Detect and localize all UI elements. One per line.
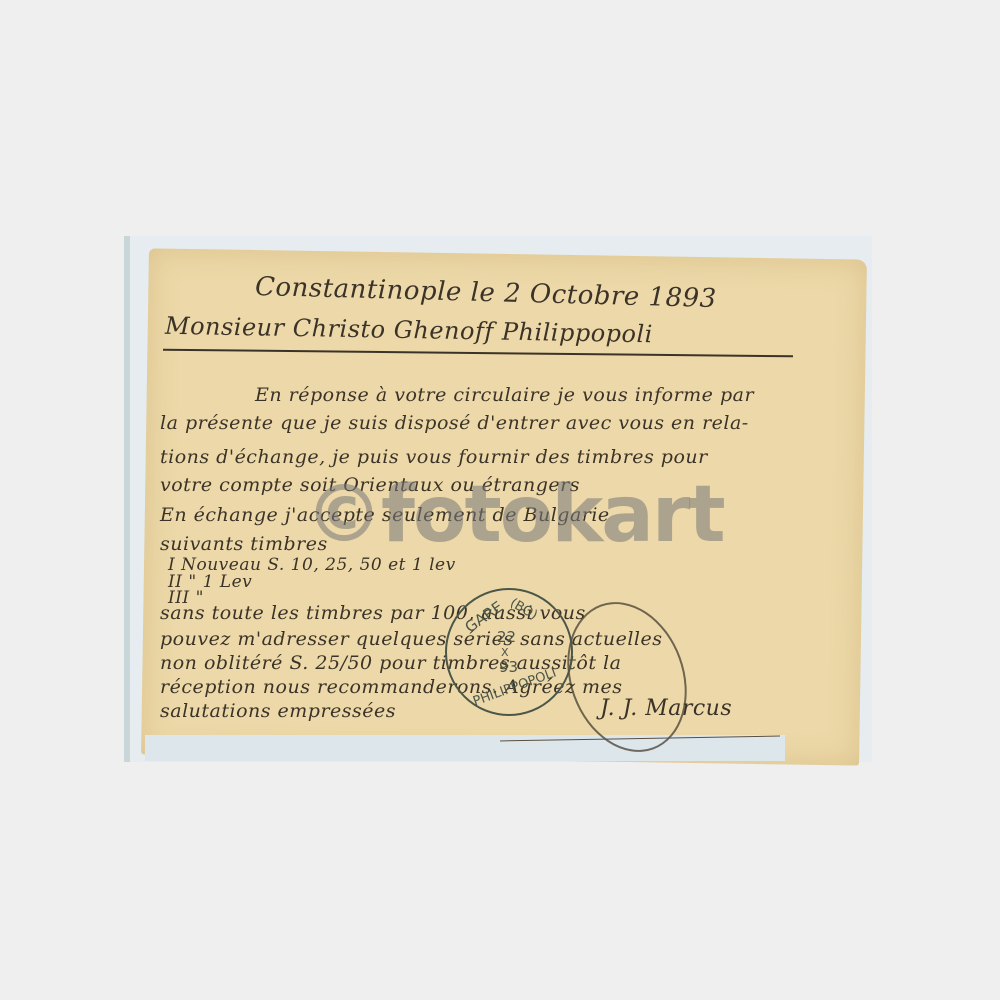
scan-edge (124, 236, 130, 762)
postmark-year: 93 (499, 658, 518, 676)
scanner-strip (145, 735, 785, 761)
body-line: suivants timbres (160, 533, 328, 555)
body-line: la présente que je suis disposé d'entrer… (160, 412, 749, 434)
body-line: tions d'échange, je puis vous fournir de… (160, 446, 708, 468)
closing-line: salutations empressées (160, 700, 396, 722)
signature: J. J. Marcus (600, 696, 732, 721)
postmark-top-text-2: (BO) (507, 596, 540, 624)
postmark-day: 22 (497, 628, 516, 646)
watermark: ©fotokart (305, 470, 724, 560)
body-line: En réponse à votre circulaire je vous in… (255, 384, 754, 406)
postmark-stamp: GARE (BO) 22 X 93 PHILIPPOPOLI (445, 588, 573, 716)
